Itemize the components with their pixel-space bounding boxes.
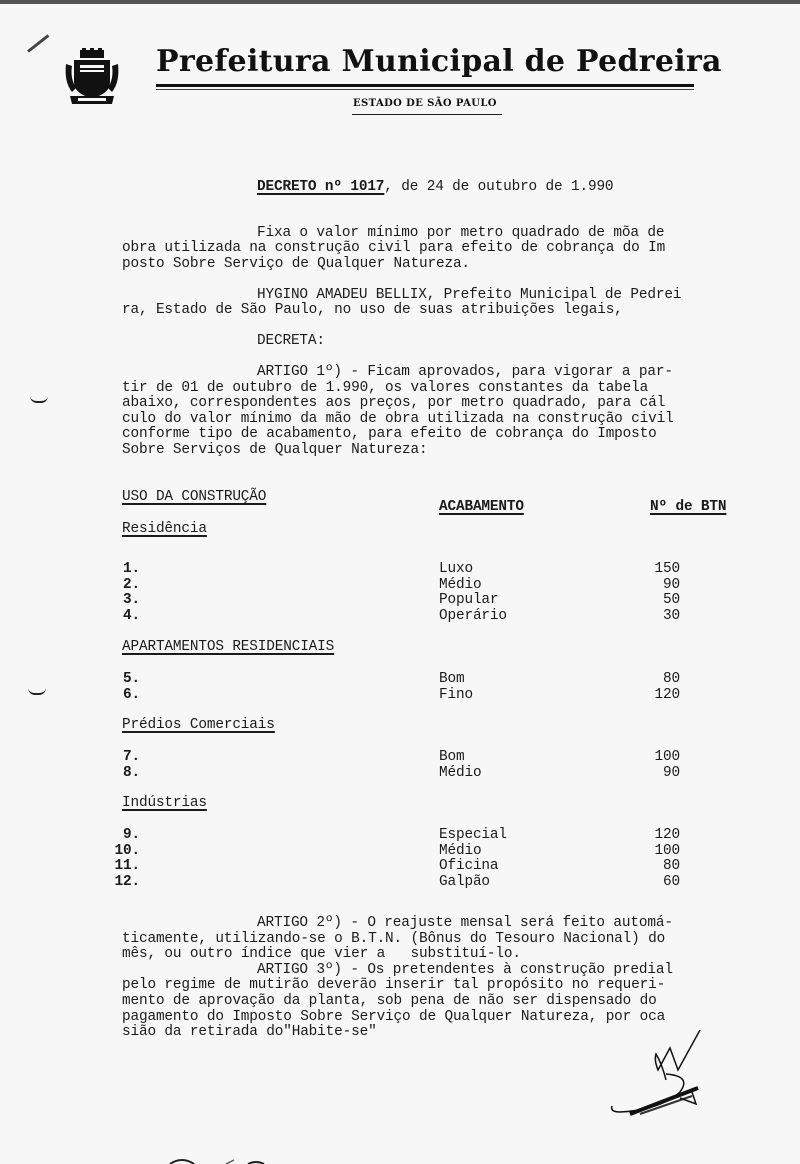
- table-row-number: 10.: [100, 844, 140, 859]
- signature-icon: [600, 1030, 720, 1130]
- summary-line: posto Sobre Serviço de Qualquer Natureza…: [122, 257, 470, 272]
- table-row-btn: 120: [640, 828, 680, 843]
- preamble-line: HYGINO AMADEU BELLIX, Prefeito Municipal…: [257, 288, 681, 303]
- summary-line: Fixa o valor mínimo por metro quadrado d…: [257, 226, 664, 241]
- table-group-heading: Residência: [122, 522, 207, 537]
- table-row-btn: 90: [640, 578, 680, 593]
- table-row-number: 5.: [100, 672, 140, 687]
- subtitle-rule: [352, 114, 502, 115]
- table-header-acabamento: ACABAMENTO: [439, 500, 524, 515]
- artigo1-line: abaixo, correspondentes aos preços, por …: [122, 396, 665, 411]
- artigo1-line: Sobre Serviços de Qualquer Natureza:: [122, 443, 428, 458]
- table-row-acabamento: Oficina: [439, 859, 498, 874]
- table-row-number: 9.: [100, 828, 140, 843]
- title-rule-thin: [156, 89, 694, 90]
- table-row-btn: 60: [640, 875, 680, 890]
- table-row-btn: 50: [640, 593, 680, 608]
- table-row-acabamento: Bom: [439, 672, 464, 687]
- artigo1-line: conforme tipo de acabamento, para efeito…: [122, 427, 657, 442]
- table-row-number: 4.: [100, 609, 140, 624]
- margin-mark: [28, 688, 46, 695]
- letterhead-title: Prefeitura Municipal de Pedreira: [156, 44, 696, 79]
- coat-of-arms-icon: [64, 48, 120, 106]
- table-row-acabamento: Bom: [439, 750, 464, 765]
- artigo2-line: ARTIGO 2º) - O reajuste mensal será feit…: [257, 916, 673, 931]
- table-row-number: 11.: [100, 859, 140, 874]
- table-row-btn: 100: [640, 750, 680, 765]
- table-row-btn: 90: [640, 766, 680, 781]
- letterhead-subtitle: ESTADO DE SÃO PAULO: [353, 98, 497, 109]
- table-row-btn: 100: [640, 844, 680, 859]
- table-row-number: 8.: [100, 766, 140, 781]
- artigo3-line: mento de aprovação da planta, sob pena d…: [122, 994, 657, 1009]
- table-row-number: 2.: [100, 578, 140, 593]
- table-row-btn: 150: [640, 562, 680, 577]
- artigo3-line: ARTIGO 3º) - Os pretendentes à construçã…: [257, 963, 673, 978]
- artigo3-line: pelo regime de mutirão deverão inserir t…: [122, 978, 665, 993]
- summary-line: obra utilizada na construção civil para …: [122, 241, 665, 256]
- table-row-number: 3.: [100, 593, 140, 608]
- artigo2-line: mês, ou outro índice que vier a substitu…: [122, 947, 521, 962]
- artigo2-line: ticamente, utilizando-se o B.T.N. (Bônus…: [122, 932, 665, 947]
- table-row-btn: 80: [640, 672, 680, 687]
- table-row-acabamento: Operário: [439, 609, 507, 624]
- decreta-label: DECRETA:: [257, 334, 325, 349]
- preamble-line: ra, Estado de São Paulo, no uso de suas …: [122, 303, 623, 318]
- table-header-uso: USO DA CONSTRUÇÃO: [122, 490, 266, 505]
- pen-stroke-mark: [27, 34, 49, 52]
- margin-mark: [30, 396, 48, 403]
- decree-number: DECRETO nº 1017: [257, 179, 384, 195]
- table-group-heading: APARTAMENTOS RESIDENCIAIS: [122, 640, 334, 655]
- table-row-acabamento: Médio: [439, 578, 481, 593]
- table-row-btn: 120: [640, 688, 680, 703]
- bottom-scan-marks: [140, 1152, 270, 1164]
- table-row-number: 6.: [100, 688, 140, 703]
- table-group-heading: Prédios Comerciais: [122, 718, 275, 733]
- table-row-number: 7.: [100, 750, 140, 765]
- table-row-acabamento: Luxo: [439, 562, 473, 577]
- title-rule: [156, 84, 694, 87]
- scan-top-edge: [0, 0, 800, 4]
- table-row-acabamento: Popular: [439, 593, 498, 608]
- table-row-btn: 80: [640, 859, 680, 874]
- artigo1-line: culo do valor mínimo da mão de obra util…: [122, 412, 674, 427]
- decree-heading: DECRETO nº 1017, de 24 de outubro de 1.9…: [257, 180, 613, 195]
- table-row-btn: 30: [640, 609, 680, 624]
- table-row-acabamento: Médio: [439, 844, 481, 859]
- table-row-number: 12.: [100, 875, 140, 890]
- table-header-btn: Nº de BTN: [650, 500, 726, 515]
- table-row-acabamento: Galpão: [439, 875, 490, 890]
- table-row-acabamento: Médio: [439, 766, 481, 781]
- artigo1-line: tir de 01 de outubro de 1.990, os valore…: [122, 381, 648, 396]
- decree-date: , de 24 de outubro de 1.990: [384, 179, 613, 195]
- artigo3-line: sião da retirada do"Habite-se": [122, 1025, 377, 1040]
- table-group-heading: Indústrias: [122, 796, 207, 811]
- artigo1-line: ARTIGO 1º) - Ficam aprovados, para vigor…: [257, 365, 673, 380]
- artigo3-line: pagamento do Imposto Sobre Serviço de Qu…: [122, 1010, 665, 1025]
- table-row-number: 1.: [100, 562, 140, 577]
- table-row-acabamento: Especial: [439, 828, 507, 843]
- table-row-acabamento: Fino: [439, 688, 473, 703]
